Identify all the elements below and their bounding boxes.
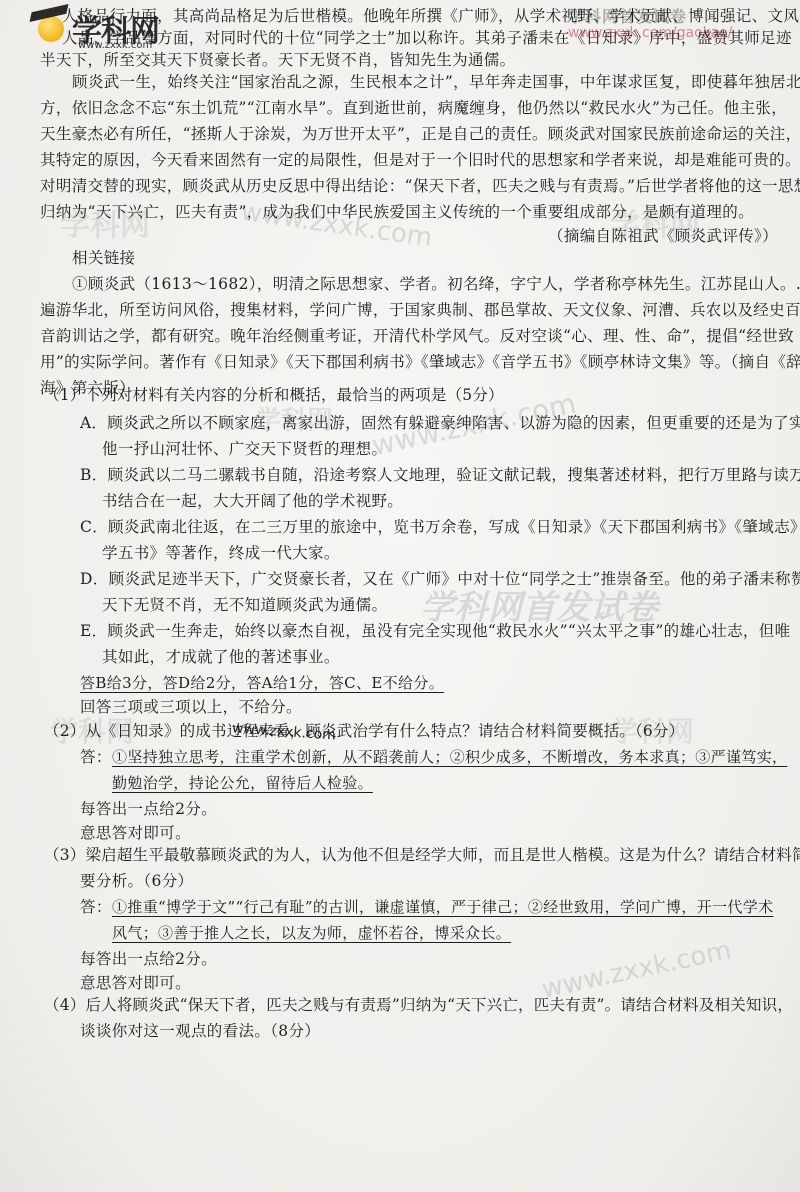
q1-option-d: D．顾炎武足迹半天下，广交贤豪长者，又在《广师》中对十位“同学之士”推崇备至。他… <box>80 568 800 590</box>
passage-line: 人格品行力面，其高尚品格足为后世楷模。他晚年所撰《广师》，从学术视野、学术贡献、… <box>62 5 799 27</box>
passage-line: 方，依旧念念不忘“东土饥荒”“江南水旱”。直到逝世前，病魔缠身，他仍然以“救民水… <box>40 97 787 119</box>
mascot-icon <box>38 16 64 42</box>
passage-line: 对明清交替的现实，顾炎武从历史反思中得出结论：“保天下者，匹夫之贱与有责焉。”后… <box>40 175 800 197</box>
passage-line: 天生豪杰必有所任，“拯斯人于涂炭，为万世开太平”，正是自己的责任。顾炎武对国家民… <box>40 123 800 145</box>
passage-line: 半天下，所至交其天下贤豪长者。天下无贤不肖，皆知先生为通儒。 <box>40 49 516 71</box>
q2-note: 意思答对即可。 <box>80 822 191 844</box>
q1-option-d-cont: 天下无贤不肖，无不知道顾炎武为通儒。 <box>102 594 387 616</box>
q2-note: 每答出一点给2分。 <box>80 798 217 820</box>
q3-note: 每答出一点给2分。 <box>80 948 217 970</box>
passage-line: 归纳为“天下兴亡，匹夫有责”，成为我们中华民族爱国主义传统的一个重要组成部分，是… <box>40 201 754 223</box>
q2-answer-line: ①坚持独立思考，注重学术创新，从不蹈袭前人；②积少成多，不断增改，务本求真；③严… <box>112 746 787 768</box>
q1-option-e-cont: 其如此，才成就了他的著述事业。 <box>102 646 340 668</box>
q1-answer: 答B给3分，答D给2分，答A给1分，答C、E不给分。 <box>80 672 444 694</box>
q1-option-c-cont: 学五书》等著作，终成一代大家。 <box>102 542 340 564</box>
q1-option-b: B．顾炎武以二马二骡载书自随，沿途考察人文地理，验证文献记载，搜集著述材料，把行… <box>80 464 800 486</box>
passage-source: （摘编自陈祖武《顾炎武评传》） <box>548 225 778 247</box>
q1-option-a: A．顾炎武之所以不顾家庭，离家出游，固然有躲避豪绅陷害、以游为隐的因素，但更重要… <box>80 412 800 434</box>
q3-answer-line: ①推重“博学于文”“行己有耻”的古训，谦虚谨慎，严于律己；②经世致用，学问广博，… <box>112 896 773 918</box>
question-3-stem: （3）梁启超生平最敬慕顾炎武的为人，认为他不但是经学大师，而且是世人楷模。这是为… <box>44 844 800 866</box>
links-item1-line: ①顾炎武（1613～1682），明清之际思想家、学者。初名绛，字宁人，学者称亭林… <box>72 273 800 295</box>
q3-note: 意思答对即可。 <box>80 972 191 994</box>
q2-answer-line: 勤勉治学，持论公允，留待后人检验。 <box>112 772 373 794</box>
passage-line: 顾炎武一生，始终关注“国家治乱之源，生民根本之计”，早年奔走国事，中年谋求匡复，… <box>72 71 800 93</box>
passage-line: 人品、学品等方面，对同时代的十位“同学之士”加以称许。其弟子潘耒在《日知录》序中… <box>62 27 792 49</box>
q1-option-e: E．顾炎武一生奔走，始终以豪杰自视，虽没有完全实现他“救民水火”“兴太平之事”的… <box>80 620 790 642</box>
q1-option-c: C．顾炎武南北往返，在二三万里的旅途中，览书万余卷，写成《日知录》《天下郡国利病… <box>80 516 800 538</box>
question-3-stem-cont: 要分析。（6分） <box>80 870 193 892</box>
q3-answer-label: 答： <box>80 896 112 918</box>
links-item1-line: 用”的实际学问。著作有《日知录》《天下郡国利病书》《肇域志》《音学五书》《顾亭林… <box>40 351 800 373</box>
q3-answer-line: 风气；③善于推人之长，以友为师，虚怀若谷，博采众长。 <box>112 922 511 944</box>
q1-option-a-cont: 他一抒山河壮怀、广交天下贤哲的理想。 <box>102 438 387 460</box>
question-2-stem: （2）从《日知录》的成书过程来看，顾炎武治学有什么特点？请结合材料简要概括。（6… <box>44 720 684 742</box>
question-4-stem-cont: 谈谈你对这一观点的看法。（8分） <box>80 1020 320 1042</box>
question-4-stem: （4）后人将顾炎武“保天下者，匹夫之贱与有责焉”归纳为“天下兴亡，匹夫有责”。请… <box>44 994 793 1016</box>
links-item1-line: 音韵训诂之学，都有研究。晚年治经侧重考证，开清代朴学风气。反对空谈“心、理、性、… <box>40 325 794 347</box>
question-1-stem: （1）下列对材料有关内容的分析和概括，最恰当的两项是（5分） <box>44 384 504 406</box>
q2-answer-label: 答： <box>80 746 112 768</box>
links-item1-line: 遍游华北，所至访问风俗，搜集材料，学问广博，于国家典制、郡邑掌故、天文仪象、河漕… <box>40 299 800 321</box>
links-heading: 相关链接 <box>72 247 135 269</box>
passage-line: 其特定的原因，今天看来固然有一定的局限性，但是对于一个旧时代的思想家和学者来说，… <box>40 149 800 171</box>
scanned-page: 学科网 www.zxxk.com 学科网首发试卷 www.zxxk.com/ga… <box>0 0 800 1192</box>
q1-note: 回答三项或三项以上，不给分。 <box>80 696 302 718</box>
q1-option-b-cont: 书结合在一起，大大开阔了他的学术视野。 <box>102 490 403 512</box>
